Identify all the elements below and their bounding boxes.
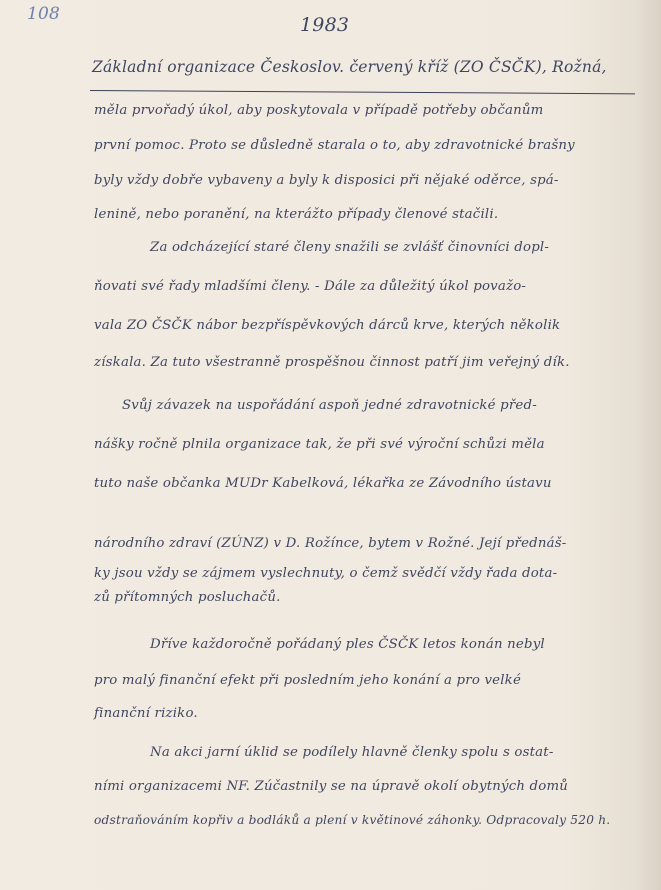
text-line: finanční riziko. — [94, 706, 198, 721]
text-line: Na akci jarní úklid se podílely hlavně č… — [150, 745, 554, 760]
text-line: ky jsou vždy se zájmem vyslechnuty, o če… — [94, 566, 557, 581]
text-line: vala ZO ČSČK nábor bezpříspěvkových dárc… — [94, 318, 560, 333]
text-line: pro malý finanční efekt při posledním je… — [94, 673, 521, 688]
page-number: 108 — [27, 4, 60, 24]
text-line: získala. Za tuto všestranně prospěšnou č… — [94, 355, 570, 370]
text-line: ňovati své řady mladšími členy. - Dále z… — [94, 279, 526, 294]
text-line: měla prvořadý úkol, aby poskytovala v př… — [94, 103, 544, 118]
year-heading: 1983 — [300, 14, 349, 36]
text-line: zů přítomných posluchačů. — [94, 590, 281, 605]
section-title: Základní organizace Českoslov. červený k… — [92, 58, 607, 76]
text-line: Za odcházející staré členy snažili se zv… — [150, 240, 549, 255]
text-line: národního zdraví (ZÚNZ) v D. Rožínce, by… — [94, 536, 566, 551]
text-line: Svůj závazek na uspořádání aspoň jedné z… — [122, 398, 537, 413]
text-line: Dříve každoročně pořádaný ples ČSČK leto… — [150, 637, 545, 652]
text-line: odstraňováním kopřiv a bodláků a plení v… — [94, 813, 610, 827]
text-line: lenině, nebo poranění, na kterážto přípa… — [94, 207, 498, 222]
handwritten-chronicle-page: 108 1983 Základní organizace Českoslov. … — [0, 0, 661, 890]
text-line: nášky ročně plnila organizace tak, že př… — [94, 437, 545, 452]
text-line: byly vždy dobře vybaveny a byly k dispos… — [94, 173, 559, 188]
text-line: ními organizacemi NF. Zúčastnily se na ú… — [94, 779, 568, 794]
text-line: první pomoc. Proto se důsledně starala o… — [94, 138, 575, 153]
text-line: tuto naše občanka MUDr Kabelková, lékařk… — [94, 476, 552, 491]
title-underline — [90, 90, 635, 94]
